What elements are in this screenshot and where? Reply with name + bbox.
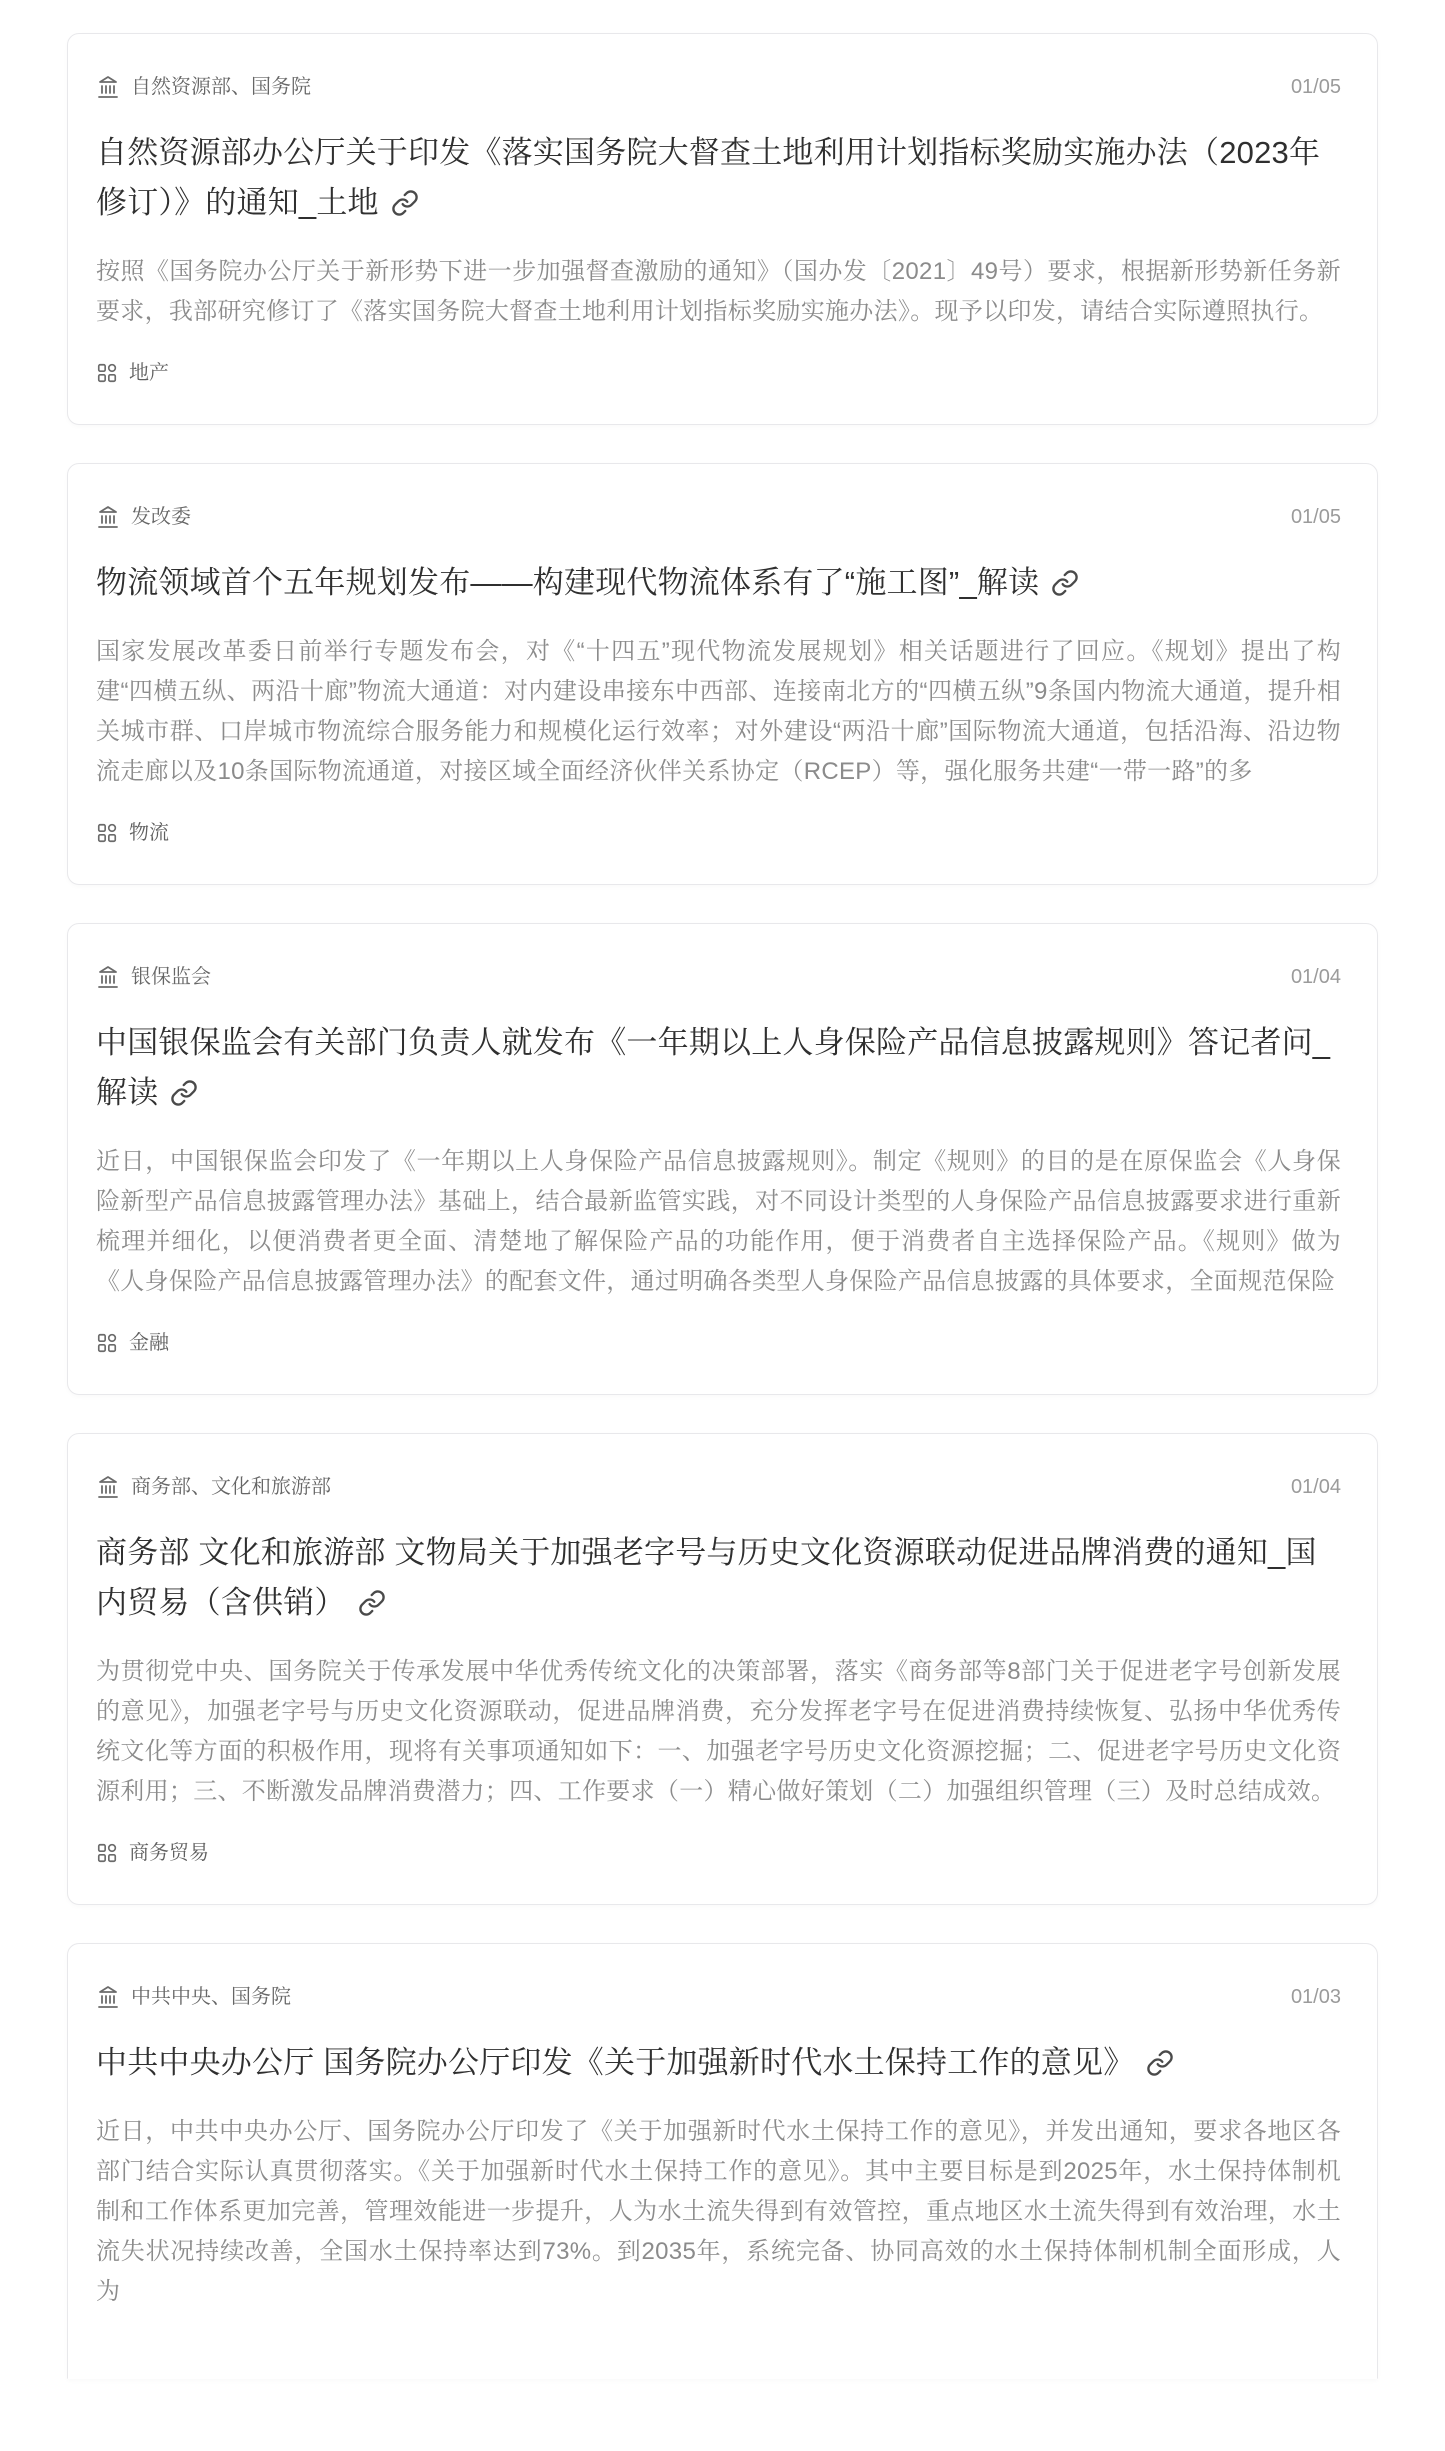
article-title-text[interactable]: 中共中央办公厅 国务院办公厅印发《关于加强新时代水土保持工作的意见》 (96, 2045, 1134, 2080)
policy-feed: 自然资源部、国务院 01/05 自然资源部办公厅关于印发《落实国务院大督查土地利… (67, 33, 1378, 2379)
category-tag-label: 地产 (129, 360, 169, 386)
date-label: 01/04 (1291, 964, 1341, 990)
bank-icon (96, 1985, 120, 2009)
date-label: 01/03 (1291, 1984, 1341, 2010)
card-header: 银保监会 01/04 (96, 964, 1341, 990)
policy-card[interactable]: 自然资源部、国务院 01/05 自然资源部办公厅关于印发《落实国务院大督查土地利… (67, 33, 1378, 425)
institution: 商务部、文化和旅游部 (96, 1474, 331, 1500)
card-header: 商务部、文化和旅游部 01/04 (96, 1474, 1341, 1500)
article-title[interactable]: 自然资源部办公厅关于印发《落实国务院大督查土地利用计划指标奖励实施办法（2023… (96, 128, 1341, 228)
article-title-text[interactable]: 中国银保监会有关部门负责人就发布《一年期以上人身保险产品信息披露规则》答记者问_… (96, 1025, 1330, 1110)
category-tag-label: 物流 (129, 820, 169, 846)
article-title-text[interactable]: 商务部 文化和旅游部 文物局关于加强老字号与历史文化资源联动促进品牌消费的通知_… (96, 1535, 1317, 1620)
category-tag-label: 金融 (129, 1330, 169, 1356)
date-label: 01/05 (1291, 74, 1341, 100)
institution-name: 自然资源部、国务院 (131, 74, 311, 100)
bank-icon (96, 505, 120, 529)
category-tag[interactable]: 商务贸易 (96, 1840, 1341, 1866)
grid-squares-icon (96, 1842, 118, 1864)
article-title[interactable]: 中国银保监会有关部门负责人就发布《一年期以上人身保险产品信息披露规则》答记者问_… (96, 1018, 1341, 1118)
article-title[interactable]: 物流领域首个五年规划发布——构建现代物流体系有了“施工图”_解读 (96, 558, 1341, 608)
card-header: 自然资源部、国务院 01/05 (96, 74, 1341, 100)
date-label: 01/05 (1291, 504, 1341, 530)
bank-icon (96, 75, 120, 99)
article-summary: 近日，中国银保监会印发了《一年期以上人身保险产品信息披露规则》。制定《规则》的目… (96, 1142, 1341, 1302)
institution-name: 中共中央、国务院 (131, 1984, 291, 2010)
article-summary: 为贯彻党中央、国务院关于传承发展中华优秀传统文化的决策部署，落实《商务部等8部门… (96, 1652, 1341, 1812)
bank-icon (96, 1475, 120, 1499)
grid-squares-icon (96, 362, 118, 384)
bank-icon (96, 965, 120, 989)
article-title[interactable]: 中共中央办公厅 国务院办公厅印发《关于加强新时代水土保持工作的意见》 (96, 2038, 1341, 2088)
date-label: 01/04 (1291, 1474, 1341, 1500)
institution-name: 银保监会 (131, 964, 211, 990)
link-icon[interactable] (1146, 2049, 1174, 2077)
institution-name: 发改委 (131, 504, 191, 530)
policy-card[interactable]: 银保监会 01/04 中国银保监会有关部门负责人就发布《一年期以上人身保险产品信… (67, 923, 1378, 1395)
policy-card[interactable]: 发改委 01/05 物流领域首个五年规划发布——构建现代物流体系有了“施工图”_… (67, 463, 1378, 885)
article-summary: 国家发展改革委日前举行专题发布会，对《“十四五”现代物流发展规划》相关话题进行了… (96, 632, 1341, 792)
grid-squares-icon (96, 822, 118, 844)
article-title[interactable]: 商务部 文化和旅游部 文物局关于加强老字号与历史文化资源联动促进品牌消费的通知_… (96, 1528, 1341, 1628)
category-tag-label: 商务贸易 (129, 1840, 209, 1866)
card-header: 发改委 01/05 (96, 504, 1341, 530)
institution-name: 商务部、文化和旅游部 (131, 1474, 331, 1500)
policy-card[interactable]: 中共中央、国务院 01/03 中共中央办公厅 国务院办公厅印发《关于加强新时代水… (67, 1943, 1378, 2379)
category-tag[interactable]: 物流 (96, 820, 1341, 846)
article-summary: 按照《国务院办公厅关于新形势下进一步加强督查激励的通知》（国办发〔2021〕49… (96, 252, 1341, 332)
institution: 银保监会 (96, 964, 211, 990)
article-title-text[interactable]: 物流领域首个五年规划发布——构建现代物流体系有了“施工图”_解读 (96, 565, 1039, 600)
institution: 中共中央、国务院 (96, 1984, 291, 2010)
policy-card[interactable]: 商务部、文化和旅游部 01/04 商务部 文化和旅游部 文物局关于加强老字号与历… (67, 1433, 1378, 1905)
article-title-text[interactable]: 自然资源部办公厅关于印发《落实国务院大督查土地利用计划指标奖励实施办法（2023… (96, 135, 1320, 220)
category-tag[interactable]: 金融 (96, 1330, 1341, 1356)
link-icon[interactable] (358, 1589, 386, 1617)
link-icon[interactable] (170, 1079, 198, 1107)
grid-squares-icon (96, 1332, 118, 1354)
card-header: 中共中央、国务院 01/03 (96, 1984, 1341, 2010)
link-icon[interactable] (391, 189, 419, 217)
institution: 自然资源部、国务院 (96, 74, 311, 100)
link-icon[interactable] (1051, 569, 1079, 597)
institution: 发改委 (96, 504, 191, 530)
article-summary: 近日，中共中央办公厅、国务院办公厅印发了《关于加强新时代水土保持工作的意见》，并… (96, 2112, 1341, 2312)
category-tag[interactable]: 地产 (96, 360, 1341, 386)
